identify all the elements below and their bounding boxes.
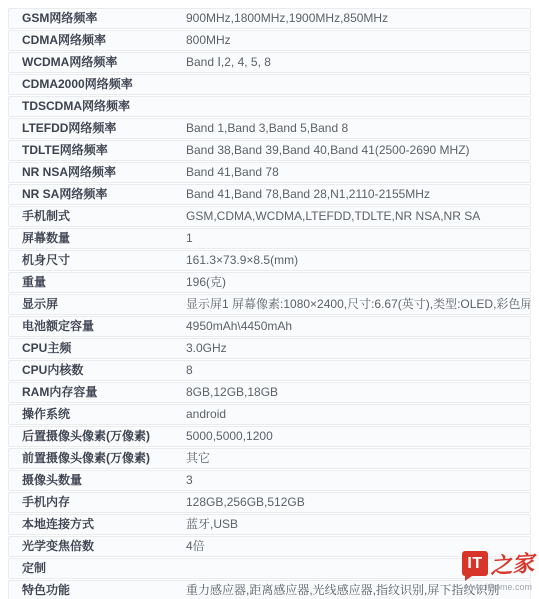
spec-label: 前置摄像头像素(万像素) — [9, 449, 186, 468]
spec-row: 电池额定容量 4950mAh\4450mAh — [8, 316, 531, 337]
spec-value: 161.3×73.9×8.5(mm) — [186, 251, 530, 270]
spec-label: 定制 — [9, 559, 186, 578]
ithome-logo: IT 之家 — [460, 548, 536, 578]
spec-value: 128GB,256GB,512GB — [186, 493, 530, 512]
spec-value: 900MHz,1800MHz,1900MHz,850MHz — [186, 9, 530, 28]
spec-value: 800MHz — [186, 31, 530, 50]
ithome-watermark: IT 之家 www.ithome.com — [460, 548, 536, 592]
spec-row: 后置摄像头像素(万像素) 5000,5000,1200 — [8, 426, 531, 447]
spec-row: LTEFDD网络频率 Band 1,Band 3,Band 5,Band 8 — [8, 118, 531, 139]
spec-value: 8GB,12GB,18GB — [186, 383, 530, 402]
spec-label: 光学变焦倍数 — [9, 537, 186, 556]
spec-row: 操作系统 android — [8, 404, 531, 425]
spec-label: LTEFDD网络频率 — [9, 119, 186, 138]
spec-value: 3 — [186, 471, 530, 490]
spec-value: 其它 — [186, 449, 530, 468]
spec-row: CPU内核数 8 — [8, 360, 531, 381]
spec-row: 手机内存 128GB,256GB,512GB — [8, 492, 531, 513]
spec-label: CPU内核数 — [9, 361, 186, 380]
spec-value: 5000,5000,1200 — [186, 427, 530, 446]
spec-row: 屏幕数量 1 — [8, 228, 531, 249]
spec-value: Band 1,Band 3,Band 5,Band 8 — [186, 119, 530, 138]
spec-label: NR NSA网络频率 — [9, 163, 186, 182]
ithome-url: www.ithome.com — [460, 582, 536, 592]
spec-row: 重量 196(克) — [8, 272, 531, 293]
spec-label: WCDMA网络频率 — [9, 53, 186, 72]
spec-label: 手机制式 — [9, 207, 186, 226]
spec-label: GSM网络频率 — [9, 9, 186, 28]
spec-value: 蓝牙,USB — [186, 515, 530, 534]
spec-value: Band 41,Band 78,Band 28,N1,2110-2155MHz — [186, 185, 530, 204]
spec-label: 电池额定容量 — [9, 317, 186, 336]
spec-row: RAM内存容量 8GB,12GB,18GB — [8, 382, 531, 403]
spec-label: 摄像头数量 — [9, 471, 186, 490]
spec-value: Band Ⅰ,2, 4, 5, 8 — [186, 53, 530, 72]
spec-label: 本地连接方式 — [9, 515, 186, 534]
spec-value: Band 38,Band 39,Band 40,Band 41(2500-269… — [186, 141, 530, 160]
spec-value: 1 — [186, 229, 530, 248]
spec-label: 手机内存 — [9, 493, 186, 512]
spec-label: 屏幕数量 — [9, 229, 186, 248]
spec-row: CPU主频 3.0GHz — [8, 338, 531, 359]
spec-label: RAM内存容量 — [9, 383, 186, 402]
spec-row: TDSCDMA网络频率 — [8, 96, 531, 117]
spec-label: 重量 — [9, 273, 186, 292]
spec-value: 4950mAh\4450mAh — [186, 317, 530, 336]
spec-value: 8 — [186, 361, 530, 380]
spec-row: NR NSA网络频率 Band 41,Band 78 — [8, 162, 531, 183]
spec-row: CDMA网络频率 800MHz — [8, 30, 531, 51]
spec-row: TDLTE网络频率 Band 38,Band 39,Band 40,Band 4… — [8, 140, 531, 161]
ithome-logo-script: 之家 — [489, 546, 535, 580]
spec-row: NR SA网络频率 Band 41,Band 78,Band 28,N1,211… — [8, 184, 531, 205]
spec-label: 特色功能 — [9, 581, 186, 599]
spec-table: GSM网络频率 900MHz,1800MHz,1900MHz,850MHz CD… — [8, 8, 531, 599]
spec-row: 特色功能 重力感应器,距离感应器,光线感应器,指纹识别,屏下指纹识别 — [8, 580, 531, 599]
spec-row: CDMA2000网络频率 — [8, 74, 531, 95]
spec-value: android — [186, 405, 530, 424]
spec-label: CDMA2000网络频率 — [9, 75, 186, 94]
spec-label: NR SA网络频率 — [9, 185, 186, 204]
spec-row: 显示屏 显示屏1 屏幕像素:1080×2400,尺寸:6.67(英寸),类型:O… — [8, 294, 531, 315]
spec-row: 光学变焦倍数 4倍 — [8, 536, 531, 557]
spec-label: 后置摄像头像素(万像素) — [9, 427, 186, 446]
spec-label: CPU主频 — [9, 339, 186, 358]
spec-row: 摄像头数量 3 — [8, 470, 531, 491]
spec-value: 196(克) — [186, 273, 530, 292]
spec-value: 显示屏1 屏幕像素:1080×2400,尺寸:6.67(英寸),类型:OLED,… — [186, 295, 530, 314]
spec-row: 手机制式 GSM,CDMA,WCDMA,LTEFDD,TDLTE,NR NSA,… — [8, 206, 531, 227]
spec-label: 显示屏 — [9, 295, 186, 314]
spec-label: 操作系统 — [9, 405, 186, 424]
spec-label: CDMA网络频率 — [9, 31, 186, 50]
spec-value: Band 41,Band 78 — [186, 163, 530, 182]
spec-label: TDLTE网络频率 — [9, 141, 186, 160]
spec-row: 定制 — [8, 558, 531, 579]
spec-row: 前置摄像头像素(万像素) 其它 — [8, 448, 531, 469]
spec-row: WCDMA网络频率 Band Ⅰ,2, 4, 5, 8 — [8, 52, 531, 73]
spec-row: 本地连接方式 蓝牙,USB — [8, 514, 531, 535]
spec-value: 3.0GHz — [186, 339, 530, 358]
spec-value: GSM,CDMA,WCDMA,LTEFDD,TDLTE,NR NSA,NR SA — [186, 207, 530, 226]
ithome-logo-icon: IT — [462, 551, 488, 576]
spec-row: 机身尺寸 161.3×73.9×8.5(mm) — [8, 250, 531, 271]
spec-label: TDSCDMA网络频率 — [9, 97, 186, 116]
spec-row: GSM网络频率 900MHz,1800MHz,1900MHz,850MHz — [8, 8, 531, 29]
spec-label: 机身尺寸 — [9, 251, 186, 270]
